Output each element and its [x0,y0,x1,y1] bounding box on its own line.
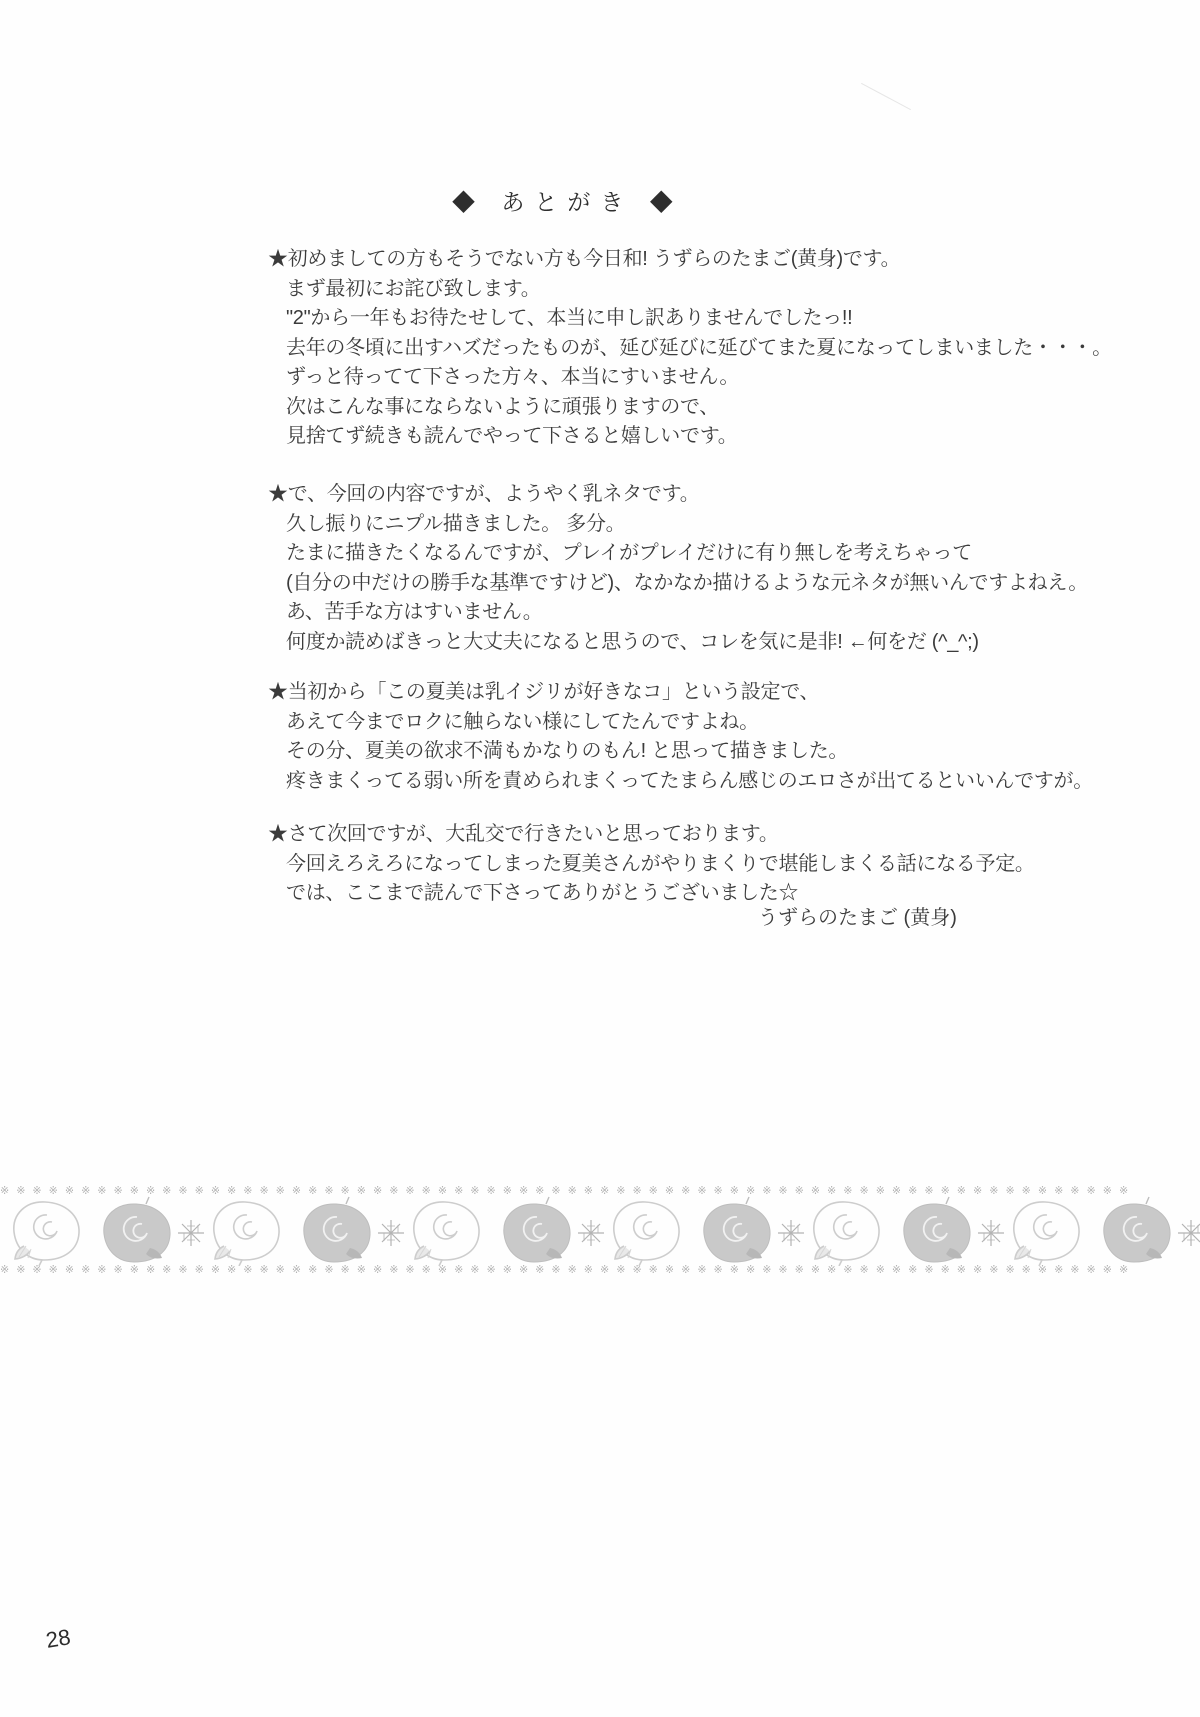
decorative-border [0,1196,1200,1266]
afterword-line: あ、苦手な方はすいません。 [268,598,1148,628]
afterword-line: 疼きまくってる弱い所を責められまくってたまらん感じのエロさが出てるといいんですが… [268,767,1148,797]
afterword-line: 何度か読めばきっと大丈夫になると思うので、コレを気に是非! ←何をだ (^_^;… [268,628,1148,658]
afterword-line: では、ここまで読んで下さってありがとうございました☆ [268,879,1148,909]
afterword-line: (自分の中だけの勝手な基準ですけど)、なかなか描けるような元ネタが無いんですよね… [268,569,1148,599]
afterword-line: ★で、今回の内容ですが、ようやく乳ネタです。 [268,480,1148,510]
afterword-line: その分、夏美の欲求不満もかなりのもん! と思って描きました。 [268,737,1148,767]
afterword-line: 去年の冬頃に出すハズだったものが、延び延びに延びてまた夏になってしまいました・・… [268,334,1148,364]
afterword-line: あえて今までロクに触らない様にしてたんですよね。 [268,708,1148,738]
afterword-line: ★当初から「この夏美は乳イジリが好きなコ」という設定で、 [268,678,1148,708]
page-number: 28 [44,1624,72,1654]
paragraph-content: ★で、今回の内容ですが、ようやく乳ネタです。 久し振りにニプル描きました。 多分… [268,480,1148,657]
paragraph-next-issue: ★さて次回ですが、大乱交で行きたいと思っております。 今回えろえろになってしまっ… [268,820,1148,909]
page-title: ◆ あとがき ◆ [452,184,683,217]
afterword-line: 次はこんな事にならないように頑張りますので、 [268,393,1148,423]
afterword-line: "2"から一年もお待たせして、本当に申し訳ありませんでしたっ!! [268,304,1148,334]
afterword-line: ★初めましての方もそうでない方も今日和! うずらのたまご(黄身)です。 [268,245,1148,275]
paragraph-character: ★当初から「この夏美は乳イジリが好きなコ」という設定で、 あえて今までロクに触ら… [268,678,1148,796]
afterword-line: 久し振りにニプル描きました。 多分。 [268,510,1148,540]
afterword-line: ずっと待ってて下さった方々、本当にすいません。 [268,363,1148,393]
author-signature: うずらのたまご (黄身) [758,901,957,930]
paragraph-apology: ★初めましての方もそうでない方も今日和! うずらのたまご(黄身)です。 まず最初… [268,245,1148,452]
afterword-line: 今回えろえろになってしまった夏美さんがやりまくりで堪能しまくる話になる予定。 [268,850,1148,880]
afterword-page: ◆ あとがき ◆ ★初めましての方もそうでない方も今日和! うずらのたまご(黄身… [0,0,1200,1717]
afterword-line: たまに描きたくなるんですが、プレイがプレイだけに有り無しを考えちゃって [268,539,1148,569]
afterword-line: ★さて次回ですが、大乱交で行きたいと思っております。 [268,820,1148,850]
separator-row-bottom: ※※※※※※※※※※※※※※※※※※※※※※※※※※※※※※※※※※※※※※※※… [0,1263,1200,1277]
afterword-line: まず最初にお詫び致します。 [268,275,1148,305]
afterword-line: 見捨てず続きも読んでやって下さると嬉しいです。 [268,422,1148,452]
scan-artifact [861,83,911,110]
